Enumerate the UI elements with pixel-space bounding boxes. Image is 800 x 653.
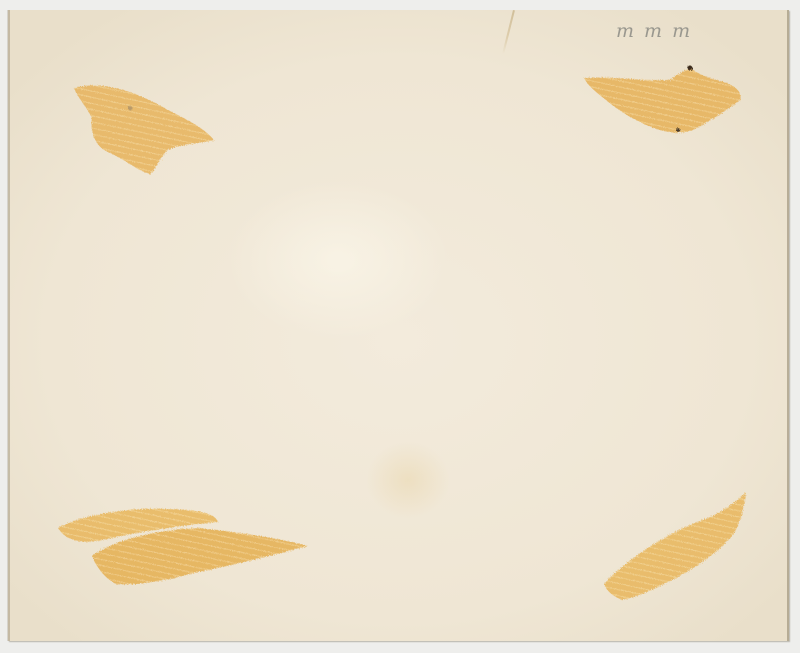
glue-top-right <box>584 66 740 133</box>
paper-sheet: m m m <box>8 10 789 641</box>
glue-bottom-right <box>604 492 746 600</box>
glue-bottom-left <box>58 509 308 585</box>
glue-top-left <box>74 85 214 174</box>
glue-marks <box>8 10 789 641</box>
